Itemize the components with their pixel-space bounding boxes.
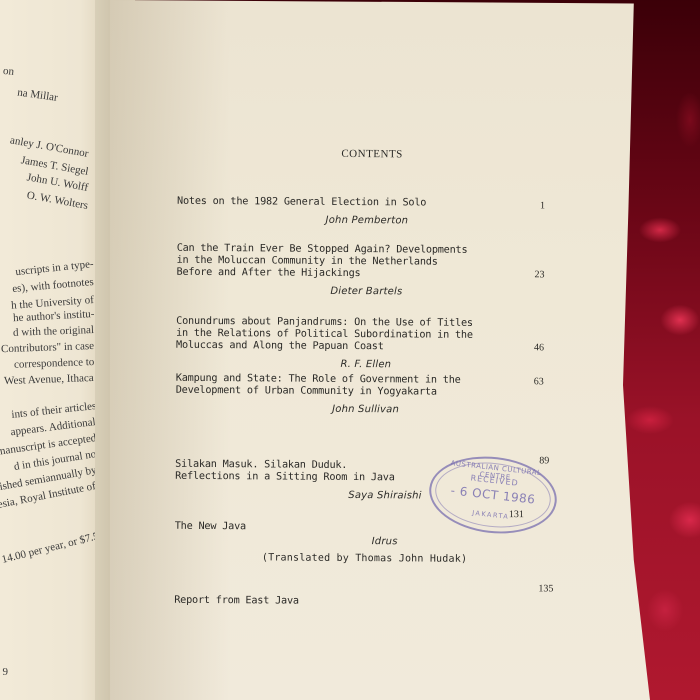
entry-page-number: 23 [534,269,544,280]
entry-author: Idrus [215,535,555,548]
entry-title: Can the Train Ever Be Stopped Again? Dev… [176,243,556,282]
toc-entry: Kampung and State: The Role of Governmen… [176,373,556,417]
toc-entry: Can the Train Ever Be Stopped Again? Dev… [176,243,556,299]
entry-page-number: 135 [538,583,553,594]
entry-translator: (Translated by Thomas John Hudak) [175,552,555,566]
contents-text: CONTENTS Notes on the 1982 General Elect… [0,0,700,700]
entry-author: Dieter Bartels [176,285,556,299]
entry-page-number: 63 [534,376,544,387]
entry-author: John Sullivan [176,403,556,417]
entry-title: Report from East Java [174,595,554,610]
entry-title: Notes on the 1982 General Election in So… [177,196,557,211]
entry-page-number: 1 [540,200,545,211]
entry-author: John Pemberton [177,214,557,228]
toc-entry: Report from East Java 135 [174,595,554,610]
entry-page-number: 46 [534,342,544,353]
entry-page-number: 89 [539,455,549,466]
entry-author: R. F. Ellen [176,358,556,372]
entry-title: Conundrums about Panjandrums: On the Use… [176,316,556,355]
toc-entry: Notes on the 1982 General Election in So… [177,196,557,228]
contents-heading: CONTENTS [341,148,403,160]
toc-entry: Conundrums about Panjandrums: On the Use… [176,316,556,372]
entry-title: Kampung and State: The Role of Governmen… [176,373,556,400]
